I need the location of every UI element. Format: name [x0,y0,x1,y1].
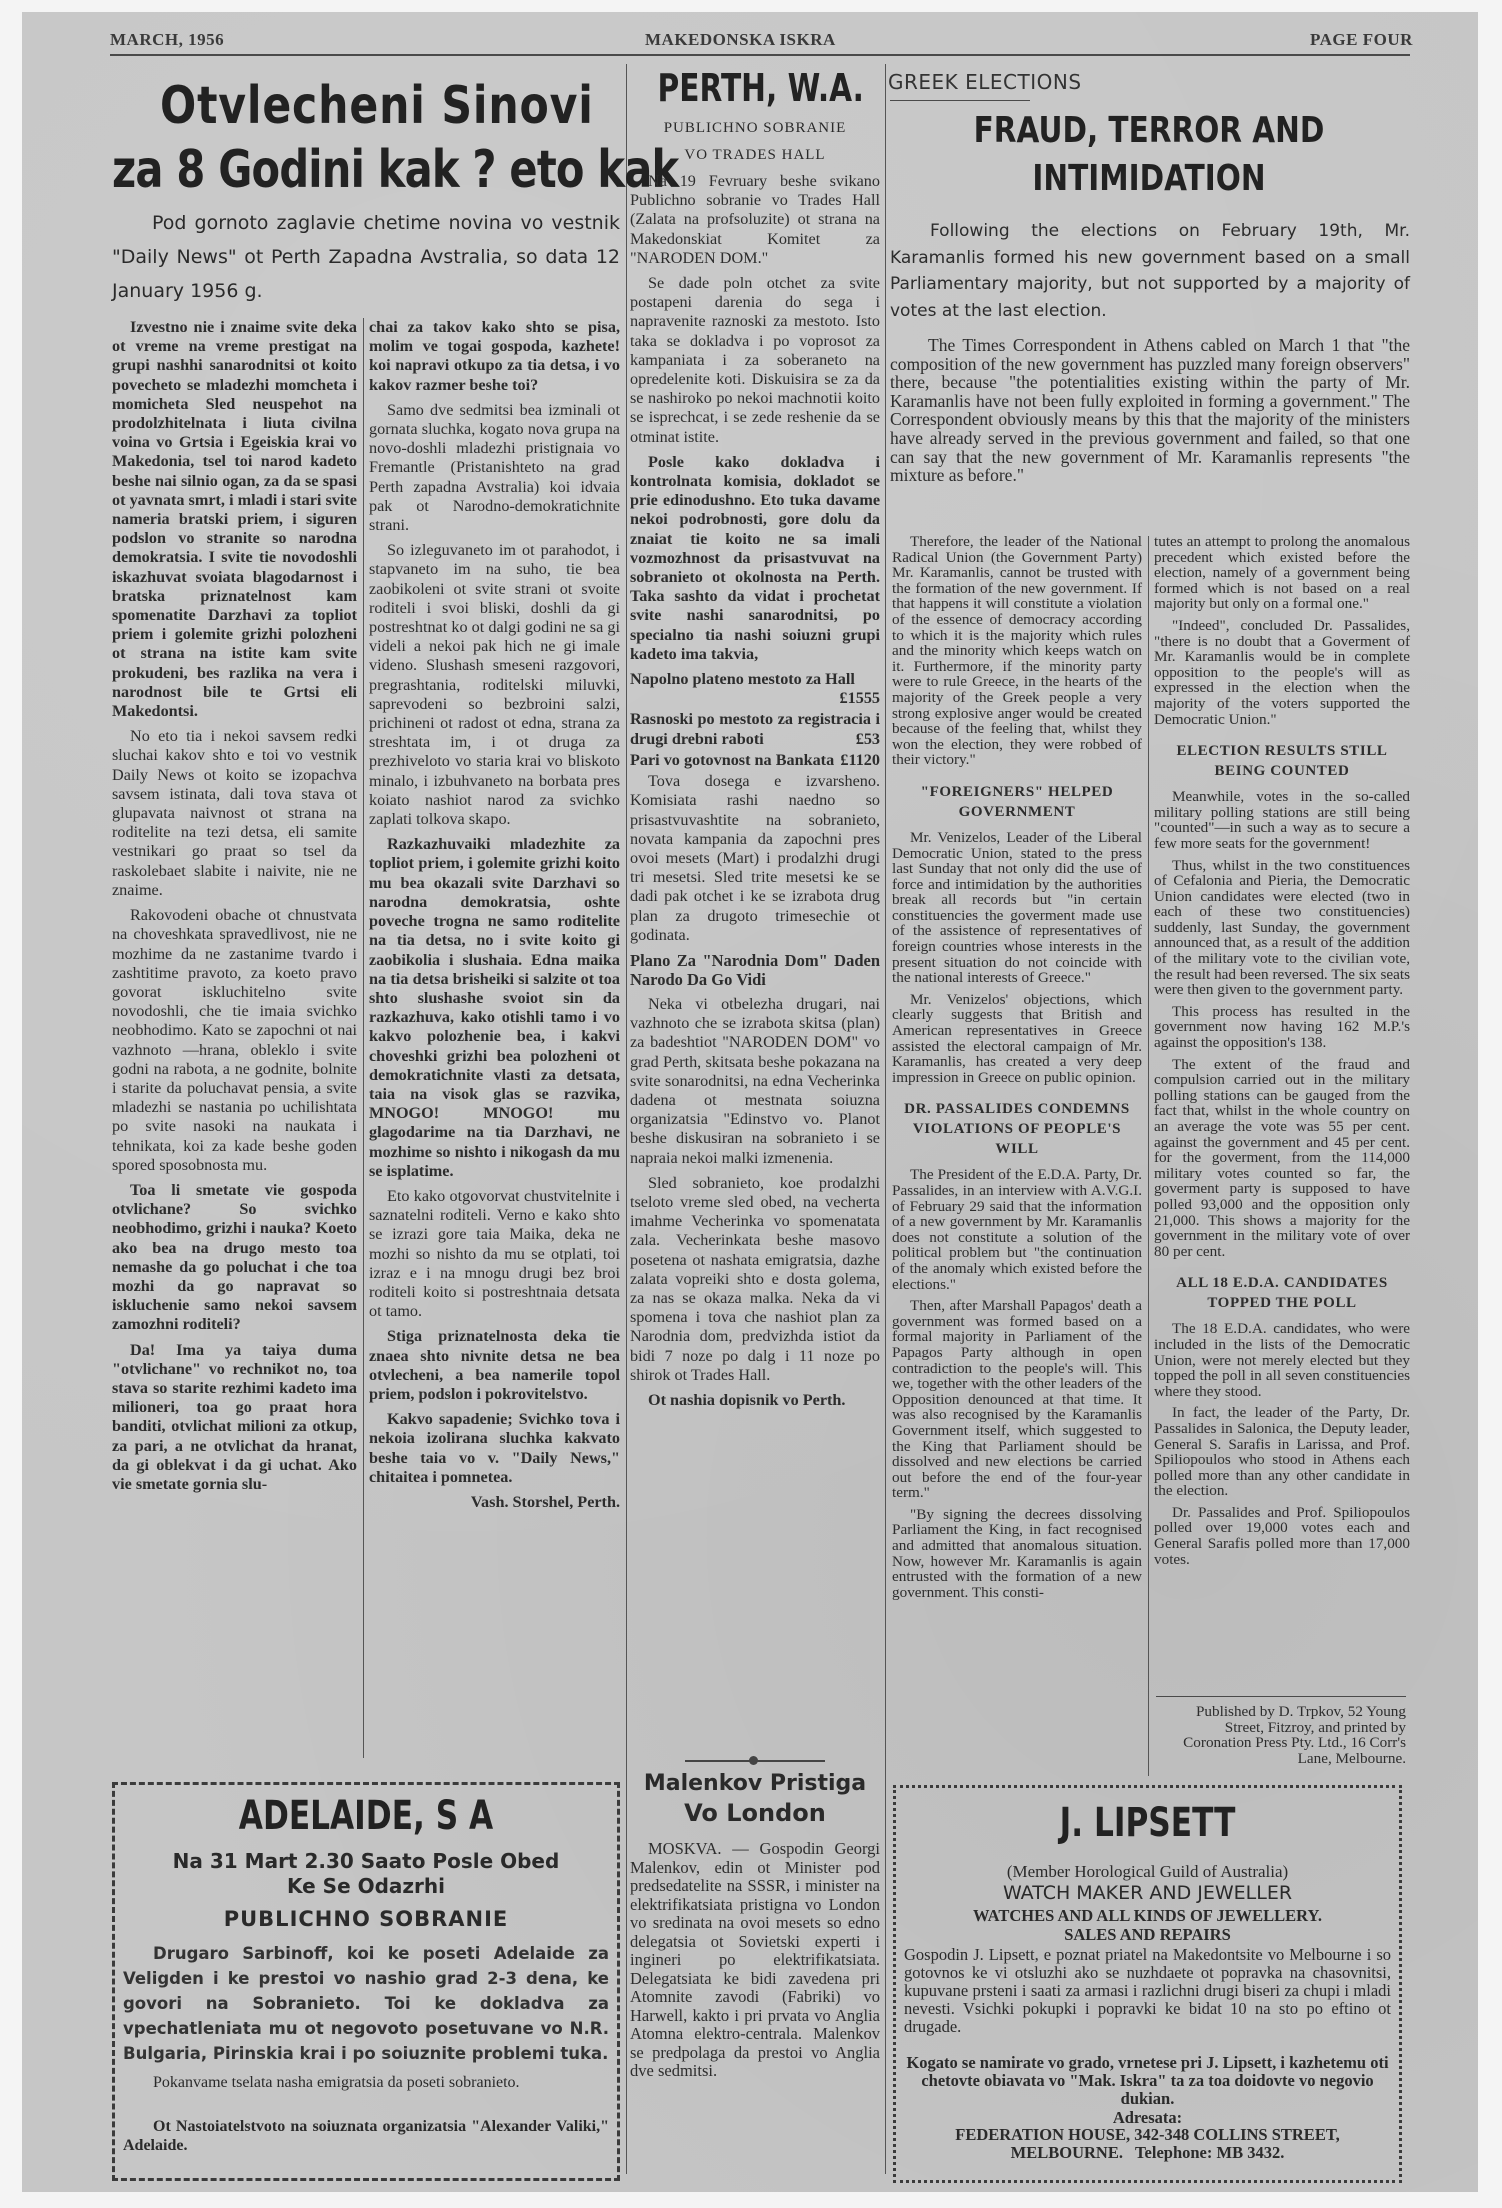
paragraph: Da! Ima ya taiya duma "otvlichane" vo re… [112,1341,357,1495]
lipsett-ad-trade: WATCH MAKER AND JEWELLER [896,1882,1399,1904]
article-intro: Pod gornoto zaglavie chetime novina vo v… [112,206,620,308]
paragraph: No eto tia i nekoi savsem redki sluchai … [112,727,357,900]
paragraph: So izleguvaneto im ot parahodot, i stapv… [369,541,620,829]
malenkov-body: MOSKVA. — Gospodin Georgi Malenkov, edin… [630,1840,880,2081]
adelaide-ad-time: Na 31 Mart 2.30 Saato Posle Obed [125,1849,607,1874]
ledger-amount: £1555 [840,689,880,708]
column-divider [363,318,364,1758]
adelaide-ad-title: ADELAIDE, S A [170,1793,562,1839]
paragraph: Stiga priznatelnosta deka tie znaea shto… [369,1327,620,1404]
paragraph: Samo dve sedmitsi bea izminali ot gornat… [369,401,620,535]
subheading: ELECTION RESULTS STILL BEING COUNTED [1154,741,1410,781]
paragraph: Vash. Storshel, Perth. [369,1493,620,1512]
imprint-rule [1156,1696,1406,1697]
lipsett-telephone: Telephone: MB 3432. [1135,2143,1284,2162]
column-divider [626,64,627,2174]
paragraph: The 18 E.D.A. candidates, who were inclu… [1154,1321,1410,1399]
subheading: "FOREIGNERS" HELPED GOVERNMENT [892,782,1142,822]
perth-subheading: Plano Za "Narodnia Dom" Daden Narodo Da … [630,951,880,989]
paragraph: Izvestno nie i znaime svite deka ot vrem… [112,318,357,721]
paragraph: Meanwhile, votes in the so-called milita… [1154,789,1410,851]
paragraph: Mr. Venizelos' objections, which clearly… [892,992,1142,1086]
ledger-row: Pari vo gotovnost na Bankata £1120 [630,751,880,770]
column-divider [1148,536,1149,1776]
paragraph: "Indeed", concluded Dr. Passalides, "the… [1154,618,1410,727]
lipsett-ad: J. LIPSETT (Member Horological Guild of … [893,1785,1402,2183]
paragraph: Tova dosega e izvarsheno. Komisiata rash… [630,772,880,945]
paragraph: "By signing the decrees dissolving Parli… [892,1507,1142,1601]
paragraph: Mr. Venizelos, Leader of the Liberal Dem… [892,830,1142,986]
page-number: PAGE FOUR [1310,30,1413,50]
paragraph: Kakvo sapadenie; Svichko tova i nekoia i… [369,1410,620,1487]
greek-column-2: tutes an attempt to prolong the anomalou… [1154,534,1410,1573]
subheading: DR. PASSALIDES CONDEMNS VIOLATIONS OF PE… [892,1099,1142,1159]
ledger-label: Pari vo gotovnost na Bankata [630,751,834,769]
header-rule [110,54,1410,56]
paragraph: Eto kako otgovorvat chustvitelnite i saz… [369,1187,620,1321]
lipsett-ad-title: J. LIPSETT [951,1800,1343,1846]
malenkov-title-line1: Malenkov Pristiga [630,1770,880,1798]
malenkov-article: Malenkov Pristiga Vo London MOSKVA. — Go… [630,1760,880,2081]
issue-date: MARCH, 1956 [110,30,224,50]
greek-times-paragraph: The Times Correspondent in Athens cabled… [890,336,1410,485]
paragraph: chai za takov kako shto se pisa, molim v… [369,318,620,395]
article-title-line1: Otvlecheni Sinovi [160,76,594,136]
adelaide-ad-signoff: Ot Nastoiatelstvoto na soiuznata organiz… [123,2117,609,2155]
adelaide-ad-body: Drugaro Sarbinoff, koi ke poseti Adelaid… [123,1941,609,2066]
perth-venue: VO TRADES HALL [630,147,880,164]
greek-headline-line1: FRAUD, TERROR AND [935,110,1363,151]
paragraph: In fact, the leader of the Party, Dr. Pa… [1154,1405,1410,1499]
subheading: ALL 18 E.D.A. CANDIDATES TOPPED THE POLL [1154,1273,1410,1313]
article-column-1: Izvestno nie i znaime svite deka ot vrem… [112,318,357,1500]
ledger-row: Rasnoski po mestoto za registracia i dru… [630,710,880,748]
column-divider [885,64,886,2174]
ledger-label: Rasnoski po mestoto za registracia i dru… [630,710,880,747]
paragraph: This process has resulted in the governm… [1154,1004,1410,1051]
publisher-imprint: Published by D. Trpkov, 52 Young Street,… [1156,1704,1406,1766]
lipsett-ad-body-bold: Kogato se namirate vo grado, vrnetese pr… [904,2054,1391,2108]
lipsett-ad-goods: WATCHES AND ALL KINDS OF JEWELLERY. [896,1906,1399,1926]
paragraph: Toa li smetate vie gospoda otvlichane? S… [112,1181,357,1335]
adelaide-ad-event: PUBLICHNO SOBRANIE [125,1907,607,1931]
kicker-rule [890,100,1030,101]
paragraph: Se dade poln otchet za svite postapeni d… [630,274,880,447]
perth-body: Na 19 Fevruary beshe svikano Publichno s… [630,172,880,1410]
section-kicker: GREEK ELECTIONS [888,70,1082,94]
perth-column: PERTH, W.A. PUBLICHNO SOBRANIE VO TRADES… [630,66,880,1416]
article-title-line2: za 8 Godini kak ? eto kak [112,140,678,200]
lipsett-ad-service: SALES AND REPAIRS [896,1925,1399,1945]
lipsett-ad-body: Gospodin J. Lipsett, e poznat priatel na… [904,1946,1391,2036]
paragraph: Rakovodeni obache ot chnustvata na chove… [112,906,357,1175]
perth-title: PERTH, W.A. [658,66,853,110]
paragraph: Thus, whilst in the two constituences of… [1154,858,1410,998]
paragraph: Na 19 Fevruary beshe svikano Publichno s… [630,172,880,268]
adelaide-ad: ADELAIDE, S A Na 31 Mart 2.30 Saato Posl… [112,1782,620,2181]
adelaide-ad-subtitle: Ke Se Odazrhi [125,1874,607,1899]
ledger-row: Napolno plateno mestoto za Hall £1555 [630,670,880,708]
paragraph: Razkazhuvaiki mladezhite za topliot prie… [369,835,620,1181]
paragraph: The President of the E.D.A. Party, Dr. P… [892,1167,1142,1292]
paragraph: Dr. Passalides and Prof. Spiliopoulos po… [1154,1505,1410,1567]
greek-headline-line2: INTIMIDATION [935,158,1363,199]
article-column-2: chai za takov kako shto se pisa, molim v… [369,318,620,1518]
ornament-divider [685,1760,825,1762]
greek-intro: Following the elections on February 19th… [890,218,1410,324]
paragraph: Therefore, the leader of the National Ra… [892,534,1142,768]
lipsett-ad-address: FEDERATION HOUSE, 342-348 COLLINS STREET… [900,2126,1395,2162]
adelaide-ad-invite: Pokanvame tselata nasha emigratsia da po… [123,2073,609,2092]
perth-subtitle: PUBLICHNO SOBRANIE [630,120,880,137]
lipsett-ad-membership: (Member Horological Guild of Australia) [896,1862,1399,1882]
paragraph: Ot nashia dopisnik vo Perth. [630,1391,880,1410]
paragraph: tutes an attempt to prolong the anomalou… [1154,534,1410,612]
ledger-label: Napolno plateno mestoto za Hall [630,670,855,688]
publication-name: MAKEDONSKA ISKRA [645,30,836,50]
paragraph: Neka vi otbelezha drugari, nai vazhnoto … [630,995,880,1168]
paragraph: Then, after Marshall Papagos' death a go… [892,1298,1142,1501]
paragraph: The extent of the fraud and compulsion c… [1154,1057,1410,1260]
paragraph: Posle kako dokladva i kontrolnata komisi… [630,453,880,664]
ledger-amount: £1120 [840,751,880,770]
malenkov-title-line2: Vo London [630,1798,880,1828]
greek-column-1: Therefore, the leader of the National Ra… [892,534,1142,1606]
ledger-amount: £53 [856,730,880,749]
paragraph: Sled sobranieto, koe prodalzhi tseloto v… [630,1174,880,1385]
